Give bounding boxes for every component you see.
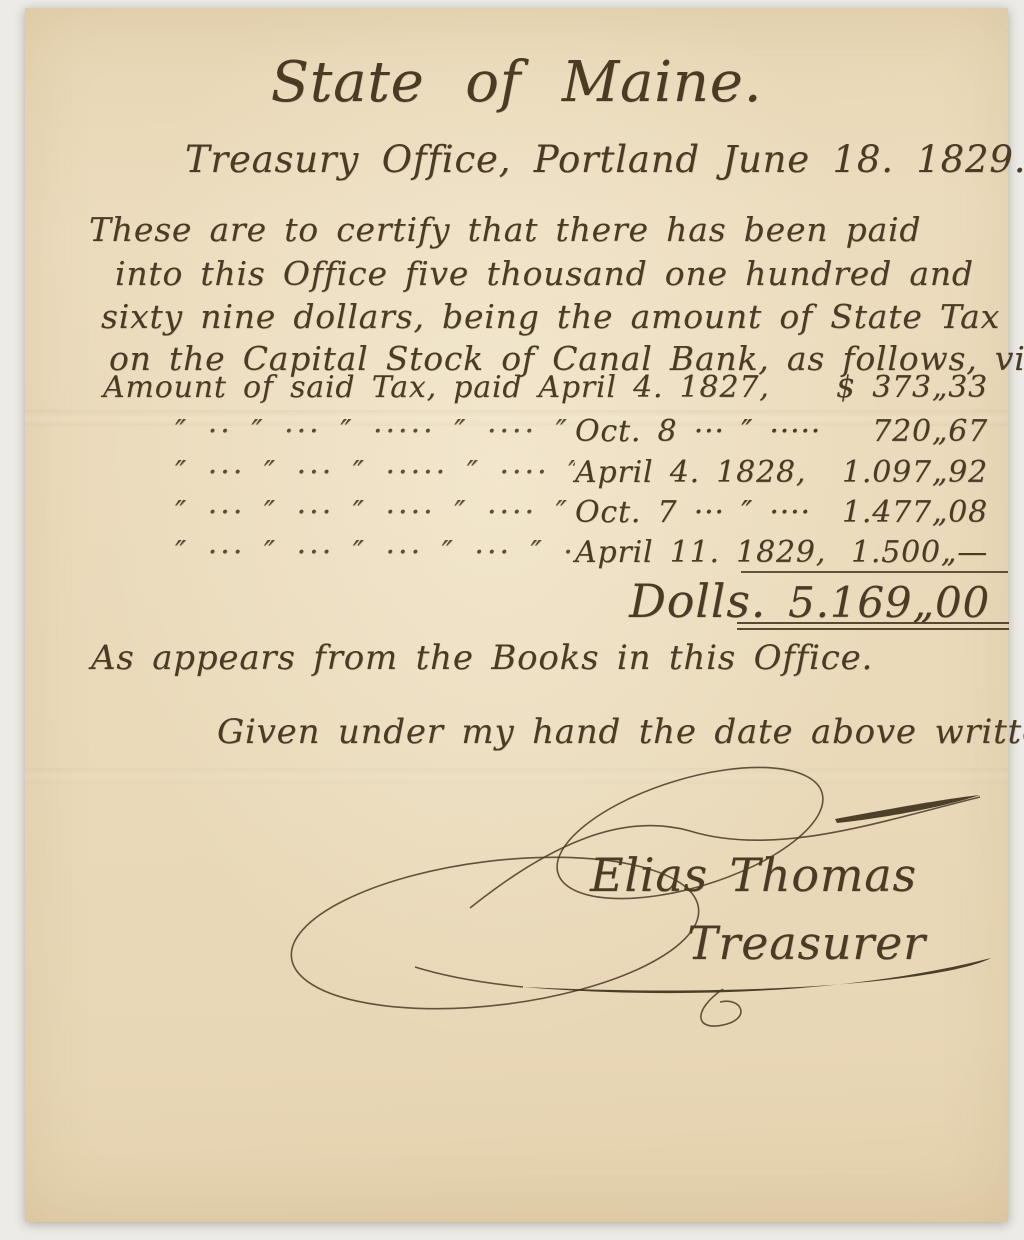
signature-name: Elias Thomas: [590, 848, 917, 902]
body-line-2: into this Office five thousand one hundr…: [115, 254, 974, 293]
tax-row-date: April 4. 1828,: [575, 455, 838, 490]
ditto-marks: ″ ·· ″ ··· ″ ····· ″ ···· ″ ···: [175, 414, 575, 449]
tax-row-amount: 720„67: [838, 414, 988, 449]
ditto-marks: ″ ··· ″ ··· ″ ····· ″ ···· ″ ···: [175, 455, 575, 490]
tax-row: ″ ··· ″ ··· ″ ····· ″ ···· ″ ··· April 4…: [175, 455, 988, 490]
closing-line-2: Given under my hand the date above writt…: [217, 712, 1024, 752]
tax-row: ″ ··· ″ ··· ″ ··· ″ ··· ″ ·· April 11. 1…: [175, 535, 988, 570]
total-label: Dolls.: [629, 574, 766, 628]
tax-row-amount: 1.477„08: [838, 495, 988, 530]
tax-row-date: Oct. 7 ··· ″ ····: [575, 495, 838, 530]
tax-row: Amount of said Tax, paid April 4. 1827, …: [103, 370, 988, 405]
ditto-marks: ″ ··· ″ ··· ″ ··· ″ ··· ″ ··: [175, 535, 575, 570]
total-rule-bottom: [737, 622, 1009, 630]
tax-row-date: April 11. 1829,: [575, 535, 838, 570]
total-line: Dolls.5.169„00: [425, 574, 990, 628]
signature-title: Treasurer: [687, 916, 926, 970]
dateline: Treasury Office, Portland June 18. 1829.: [185, 138, 1024, 181]
scan-background: State of Maine. Treasury Office, Portlan…: [0, 0, 1024, 1240]
document-title: State of Maine.: [25, 50, 1008, 115]
tax-row-amount: 1.500„—: [838, 535, 988, 570]
closing-line-1: As appears from the Books in this Office…: [91, 638, 873, 678]
body-line-1: These are to certify that there has been…: [89, 210, 921, 249]
tax-row: ″ ·· ″ ··· ″ ····· ″ ···· ″ ··· Oct. 8 ·…: [175, 414, 988, 449]
total-rule-top: [741, 571, 1008, 573]
total-amount: 5.169„00: [788, 578, 990, 627]
fold-crease: [25, 768, 1008, 784]
tax-row-amount: 1.097„92: [838, 455, 988, 490]
tax-row-label: Amount of said Tax, paid: [103, 370, 522, 405]
body-line-3: sixty nine dollars, being the amount of …: [101, 297, 1000, 336]
tax-row-date: April 4. 1827,: [538, 370, 836, 405]
manuscript-paper: State of Maine. Treasury Office, Portlan…: [25, 8, 1008, 1222]
tax-row-date: Oct. 8 ··· ″ ·····: [575, 414, 838, 449]
tax-row-amount: $ 373„33: [836, 370, 988, 405]
ditto-marks: ″ ··· ″ ··· ″ ···· ″ ···· ″ ··: [175, 495, 575, 530]
tax-row: ″ ··· ″ ··· ″ ···· ″ ···· ″ ·· Oct. 7 ··…: [175, 495, 988, 530]
